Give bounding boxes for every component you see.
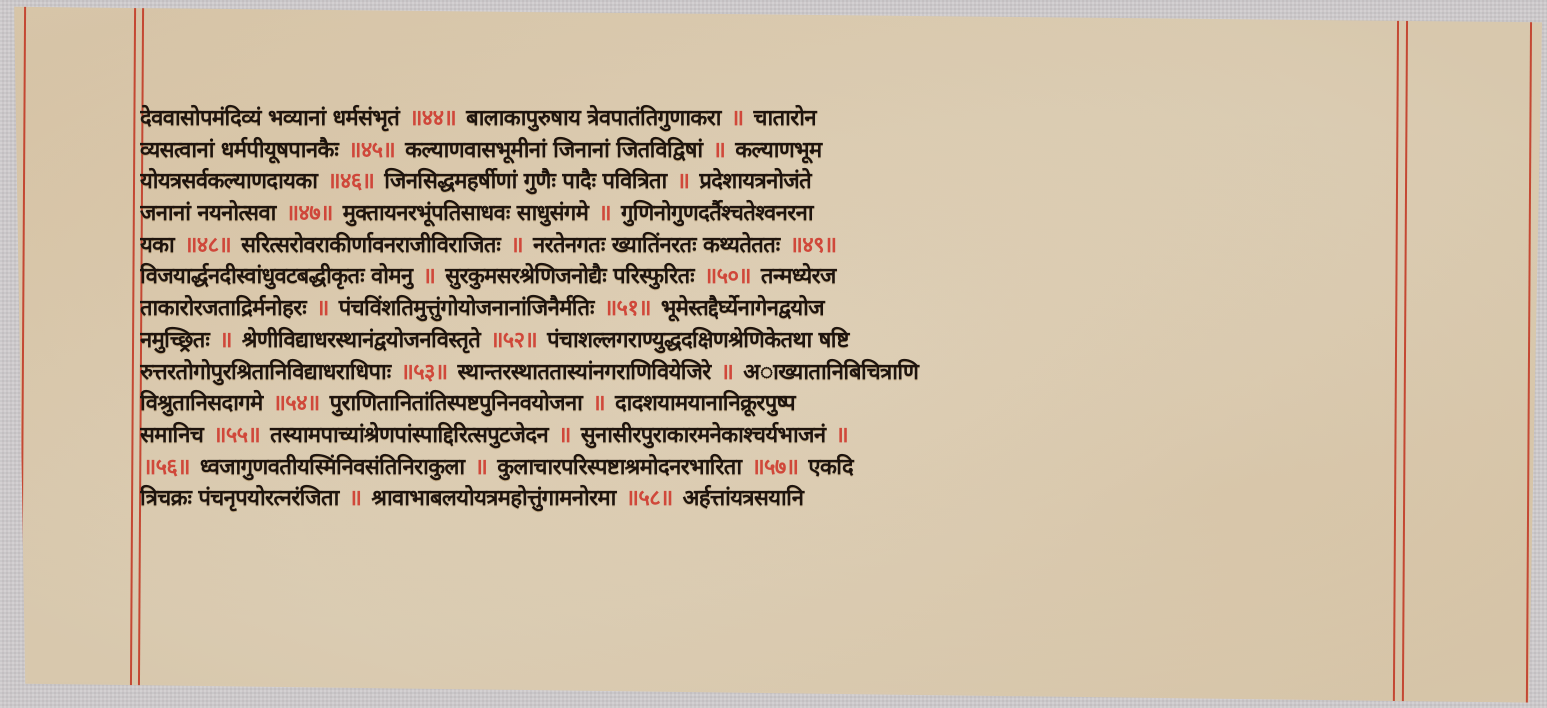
verse-number-marker: ॥ xyxy=(728,106,747,131)
manuscript-line: त्रिचक्रः पंचनृपयोरत्नरंजिता ॥ श्रावाभाब… xyxy=(140,483,1390,515)
text-segment: अाख्यातानिबिचित्राणि xyxy=(736,360,918,385)
manuscript-line: व्यसत्वानां धर्मपीयूषपानकैः ॥४५॥ कल्याणव… xyxy=(140,135,1390,167)
text-segment: दादशयामयानानिक्रूरपुष्प xyxy=(608,391,795,416)
verse-number-marker: ॥५२॥ xyxy=(487,328,540,353)
text-segment: सुरकुमसरश्रेणिजनोद्यैः परिस्फुरितः xyxy=(438,264,701,289)
text-segment: कल्याणभूम xyxy=(728,138,821,163)
verse-number-marker: ॥ xyxy=(472,455,491,480)
text-segment: तन्मध्येरज xyxy=(754,264,836,289)
text-segment: स्थान्तरस्थाततास्यांनगराणिवियेजिरे xyxy=(450,360,717,385)
manuscript-line: नमुच्छ्रितः ॥ श्रेणीविद्याधरस्थानंद्वयोज… xyxy=(140,325,1390,357)
verse-number-marker: ॥५८॥ xyxy=(623,486,676,511)
verse-number-marker: ॥५७॥ xyxy=(748,455,801,480)
text-segment: कुलाचारपरिस्पष्टाश्रमोदनरभारिता xyxy=(490,455,748,480)
text-segment: एकदि xyxy=(801,455,853,480)
text-segment: जिनसिद्धमहर्षीणां गुणैः पादैः पवित्रिता xyxy=(377,169,674,194)
text-segment: पंचविंशतिमुत्तुंगोयोजनानांजिनैर्मतिः xyxy=(332,296,601,321)
manuscript-line: जनानां नयनोत्सवा ॥४७॥ मुक्तायनरभूंपतिसाध… xyxy=(140,198,1390,230)
text-segment: नमुच्छ्रितः xyxy=(140,328,216,353)
manuscript-line: विजयार्द्धनदीस्वांधुवटबद्धीकृतः वोमनु ॥ … xyxy=(140,261,1390,293)
verse-number-marker: ॥ xyxy=(555,423,574,448)
verse-number-marker: ॥५४॥ xyxy=(270,391,323,416)
verse-number-marker: ॥ xyxy=(346,486,365,511)
text-segment: अर्हत्तांयत्रसयानि xyxy=(676,486,804,511)
text-segment: रुत्तरतोगोपुरश्रितानिविद्याधराधिपाः xyxy=(140,360,398,385)
text-segment: श्रावाभाबलयोयत्रमहोत्तुंगामनोरमा xyxy=(364,486,622,511)
verse-number-marker: ॥४८॥ xyxy=(181,233,234,258)
verse-number-marker: ॥४५॥ xyxy=(345,138,398,163)
left-inner-rule-1 xyxy=(130,4,136,694)
text-segment: नरतेनगतः ख्यातिंनरतः कथ्यतेततः xyxy=(526,233,787,258)
text-segment: बालाकापुरुषाय त्रेवपातंतिगुणाकरा xyxy=(459,106,728,131)
verse-number-marker: ॥५०॥ xyxy=(701,264,754,289)
manuscript-line: ॥५६॥ ध्वजागुणवतीयस्मिंनिवसंतिनिराकुला ॥ … xyxy=(140,452,1390,484)
text-segment: योयत्रसर्वकल्याणदायका xyxy=(140,169,324,194)
text-segment: सरित्सरोवराकीर्णावनराजीविराजितः xyxy=(234,233,507,258)
text-segment: समानिच xyxy=(140,423,210,448)
text-segment: कल्याणवासभूमीनां जिनानां जितविद्विषां xyxy=(398,138,709,163)
manuscript-text-block: देववासोपमंदिव्यं भव्यानां धर्मसंभृतं ॥४४… xyxy=(140,103,1390,515)
verse-number-marker: ॥४६॥ xyxy=(324,169,377,194)
manuscript-line: देववासोपमंदिव्यं भव्यानां धर्मसंभृतं ॥४४… xyxy=(140,103,1390,135)
text-segment: देववासोपमंदिव्यं भव्यानां धर्मसंभृतं xyxy=(140,106,406,131)
verse-number-marker: ॥ xyxy=(833,423,852,448)
text-segment: तस्यामपाच्यांश्रेणपांस्पाद्दिरित्सपुटजेद… xyxy=(263,423,555,448)
verse-number-marker: ॥५१॥ xyxy=(601,296,654,321)
verse-number-marker: ॥५५॥ xyxy=(210,423,263,448)
manuscript-line: समानिच ॥५५॥ तस्यामपाच्यांश्रेणपांस्पाद्द… xyxy=(140,420,1390,452)
text-segment: ताकारोरजताद्रिर्मनोहरः xyxy=(140,296,313,321)
left-outer-rule xyxy=(20,3,26,693)
manuscript-line: ताकारोरजताद्रिर्मनोहरः ॥ पंचविंशतिमुत्तु… xyxy=(140,293,1390,325)
text-segment: त्रिचक्रः पंचनृपयोरत्नरंजिता xyxy=(140,486,346,511)
verse-number-marker: ॥५६॥ xyxy=(140,455,193,480)
text-segment: भूमेस्तद्दैर्घ्येनागेनद्वयोज xyxy=(654,296,824,321)
text-segment: गुणिनोगुणदर्तैश्चतेश्वनरना xyxy=(614,201,813,226)
right-inner-rule-2 xyxy=(1402,12,1408,702)
manuscript-line: योयत्रसर्वकल्याणदायका ॥४६॥ जिनसिद्धमहर्ष… xyxy=(140,166,1390,198)
text-segment: पंचाशल्लगराण्युद्धदक्षिणश्रेणिकेतथा षष्ट… xyxy=(540,328,849,353)
verse-number-marker: ॥ xyxy=(589,391,608,416)
verse-number-marker: ॥ xyxy=(216,328,235,353)
manuscript-line: विश्रुतानिसदागमे ॥५४॥ पुराणितानितांतिस्प… xyxy=(140,388,1390,420)
text-segment: चातारोन xyxy=(746,106,815,131)
text-segment: सुनासीरपुराकारमनेकाश्चर्यभाजनं xyxy=(574,423,833,448)
manuscript-line: रुत्तरतोगोपुरश्रितानिविद्याधराधिपाः ॥५३॥… xyxy=(140,357,1390,389)
verse-number-marker: ॥४७॥ xyxy=(283,201,336,226)
text-segment: जनानां नयनोत्सवा xyxy=(140,201,283,226)
verse-number-marker: ॥ xyxy=(420,264,439,289)
text-segment: मुक्तायनरभूंपतिसाधवः साधुसंगमे xyxy=(336,201,596,226)
verse-number-marker: ॥ xyxy=(507,233,526,258)
right-inner-rule-1 xyxy=(1393,12,1399,702)
verse-number-marker: ॥ xyxy=(718,360,737,385)
verse-number-marker: ॥५३॥ xyxy=(398,360,451,385)
right-outer-rule xyxy=(1526,13,1532,703)
verse-number-marker: ॥४९॥ xyxy=(787,233,840,258)
manuscript-line: यका ॥४८॥ सरित्सरोवराकीर्णावनराजीविराजितः… xyxy=(140,230,1390,262)
verse-number-marker: ॥ xyxy=(674,169,693,194)
verse-number-marker: ॥ xyxy=(710,138,729,163)
verse-number-marker: ॥४४॥ xyxy=(406,106,459,131)
verse-number-marker: ॥ xyxy=(595,201,614,226)
text-segment: विश्रुतानिसदागमे xyxy=(140,391,270,416)
text-segment: प्रदेशायत्रनोजंते xyxy=(692,169,811,194)
text-segment: विजयार्द्धनदीस्वांधुवटबद्धीकृतः वोमनु xyxy=(140,264,420,289)
text-segment: यका xyxy=(140,233,181,258)
text-segment: व्यसत्वानां धर्मपीयूषपानकैः xyxy=(140,138,345,163)
text-segment: पुराणितानितांतिस्पष्टपुनिनवयोजना xyxy=(323,391,590,416)
verse-number-marker: ॥ xyxy=(313,296,332,321)
text-segment: ध्वजागुणवतीयस्मिंनिवसंतिनिराकुला xyxy=(193,455,472,480)
text-segment: श्रेणीविद्याधरस्थानंद्वयोजनविस्तृते xyxy=(235,328,487,353)
